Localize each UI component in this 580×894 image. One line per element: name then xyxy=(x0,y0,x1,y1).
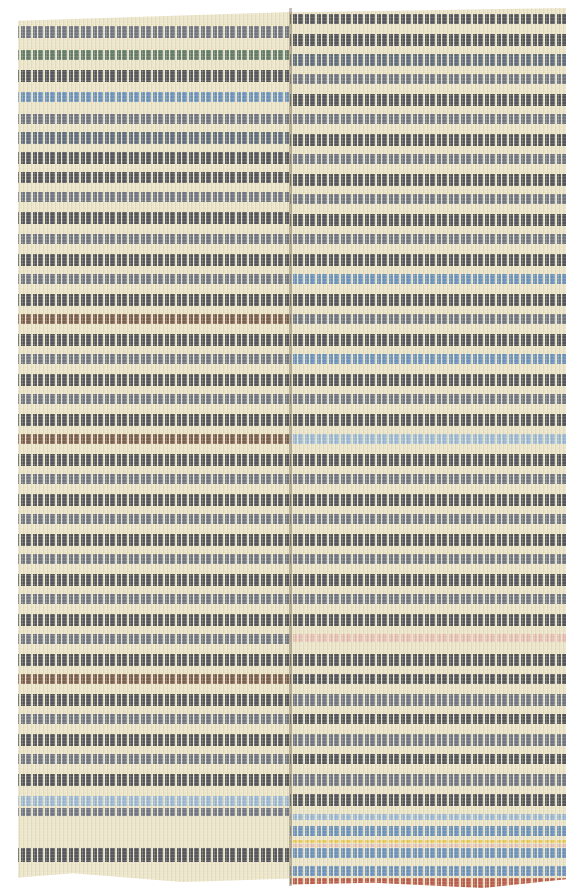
weave-stripe xyxy=(290,634,566,642)
weave-stripe xyxy=(290,414,566,426)
weave-stripe xyxy=(18,354,292,364)
weave-stripe xyxy=(290,554,566,564)
weave-stripe xyxy=(18,694,292,706)
weave-stripe xyxy=(18,494,292,506)
weave-stripe xyxy=(290,94,566,106)
weave-stripe xyxy=(290,734,566,746)
weave-stripe xyxy=(18,274,292,284)
weave-stripe xyxy=(290,74,566,84)
weave-stripe xyxy=(18,534,292,546)
weave-stripe xyxy=(18,774,292,786)
weave-stripe xyxy=(290,174,566,186)
weave-stripe xyxy=(290,774,566,786)
weave-stripe xyxy=(18,394,292,404)
weave-stripe xyxy=(290,454,566,466)
weave-stripe xyxy=(290,374,566,386)
weave-stripe xyxy=(18,654,292,666)
weave-stripe xyxy=(18,434,292,444)
weave-stripe xyxy=(18,796,292,806)
weave-stripe xyxy=(290,866,566,876)
weave-stripe xyxy=(18,848,292,862)
weave-stripe xyxy=(18,574,292,586)
weave-stripe xyxy=(18,26,292,38)
weave-stripe xyxy=(18,594,292,604)
weave-stripe xyxy=(18,634,292,644)
weave-stripe xyxy=(290,54,566,66)
weave-stripe xyxy=(290,254,566,266)
weave-stripe xyxy=(290,34,566,46)
weave-stripe xyxy=(18,808,292,816)
weave-stripe xyxy=(18,172,292,183)
weave-stripe xyxy=(290,878,566,888)
weave-stripe xyxy=(290,848,566,858)
weave-stripe xyxy=(290,494,566,506)
weave-stripe xyxy=(290,334,566,346)
weave-stripe xyxy=(290,434,566,444)
weave-stripe xyxy=(18,514,292,524)
weave-stripe xyxy=(290,194,566,204)
weave-stripe xyxy=(18,152,292,164)
weave-stripe xyxy=(290,354,566,364)
weave-stripe xyxy=(290,234,566,244)
weave-stripe xyxy=(290,844,566,847)
weave-stripe xyxy=(18,50,292,60)
weave-stripe xyxy=(18,374,292,386)
weave-stripe xyxy=(18,234,292,244)
weave-stripe xyxy=(18,334,292,346)
weave-stripe xyxy=(18,192,292,202)
weave-stripe xyxy=(290,114,566,124)
weave-stripe xyxy=(18,754,292,764)
weave-stripe xyxy=(18,714,292,724)
weave-stripe xyxy=(290,694,566,706)
weave-stripe xyxy=(290,134,566,146)
weave-stripe xyxy=(290,474,566,484)
weave-stripe xyxy=(290,14,566,24)
weave-stripe xyxy=(18,314,292,324)
weave-stripe xyxy=(290,674,566,684)
weave-stripe xyxy=(18,674,292,684)
weave-stripe xyxy=(18,92,292,102)
weave-stripe xyxy=(290,714,566,724)
weave-stripe xyxy=(18,414,292,426)
weave-stripe xyxy=(290,154,566,164)
weave-stripe xyxy=(290,594,566,604)
weave-stripe xyxy=(290,394,566,404)
weave-stripe xyxy=(18,454,292,466)
rug-photo xyxy=(0,0,580,894)
weave-stripe xyxy=(290,274,566,284)
weave-stripe xyxy=(290,314,566,324)
weave-stripe xyxy=(18,294,292,306)
weave-stripe xyxy=(18,614,292,626)
weave-stripe xyxy=(18,70,292,82)
weave-stripe xyxy=(18,254,292,266)
weave-stripe xyxy=(290,814,566,820)
weave-stripe xyxy=(290,794,566,806)
weave-stripe xyxy=(290,294,566,306)
weave-stripe xyxy=(290,654,566,666)
weave-stripe xyxy=(18,212,292,224)
weave-stripe xyxy=(290,534,566,546)
center-seam xyxy=(289,8,292,886)
weave-stripe xyxy=(290,840,566,843)
weave-stripe xyxy=(18,554,292,564)
rug-panel-left xyxy=(18,12,292,882)
weave-stripe xyxy=(18,132,292,144)
weave-stripe xyxy=(290,754,566,764)
weave-stripe xyxy=(290,826,566,836)
weave-stripe xyxy=(290,214,566,226)
weave-stripe xyxy=(18,474,292,484)
rug-panel-right xyxy=(290,8,566,888)
weave-stripe xyxy=(18,114,292,124)
weave-stripe xyxy=(290,574,566,586)
weave-stripe xyxy=(290,614,566,626)
weave-stripe xyxy=(18,734,292,746)
weave-stripe xyxy=(290,514,566,524)
